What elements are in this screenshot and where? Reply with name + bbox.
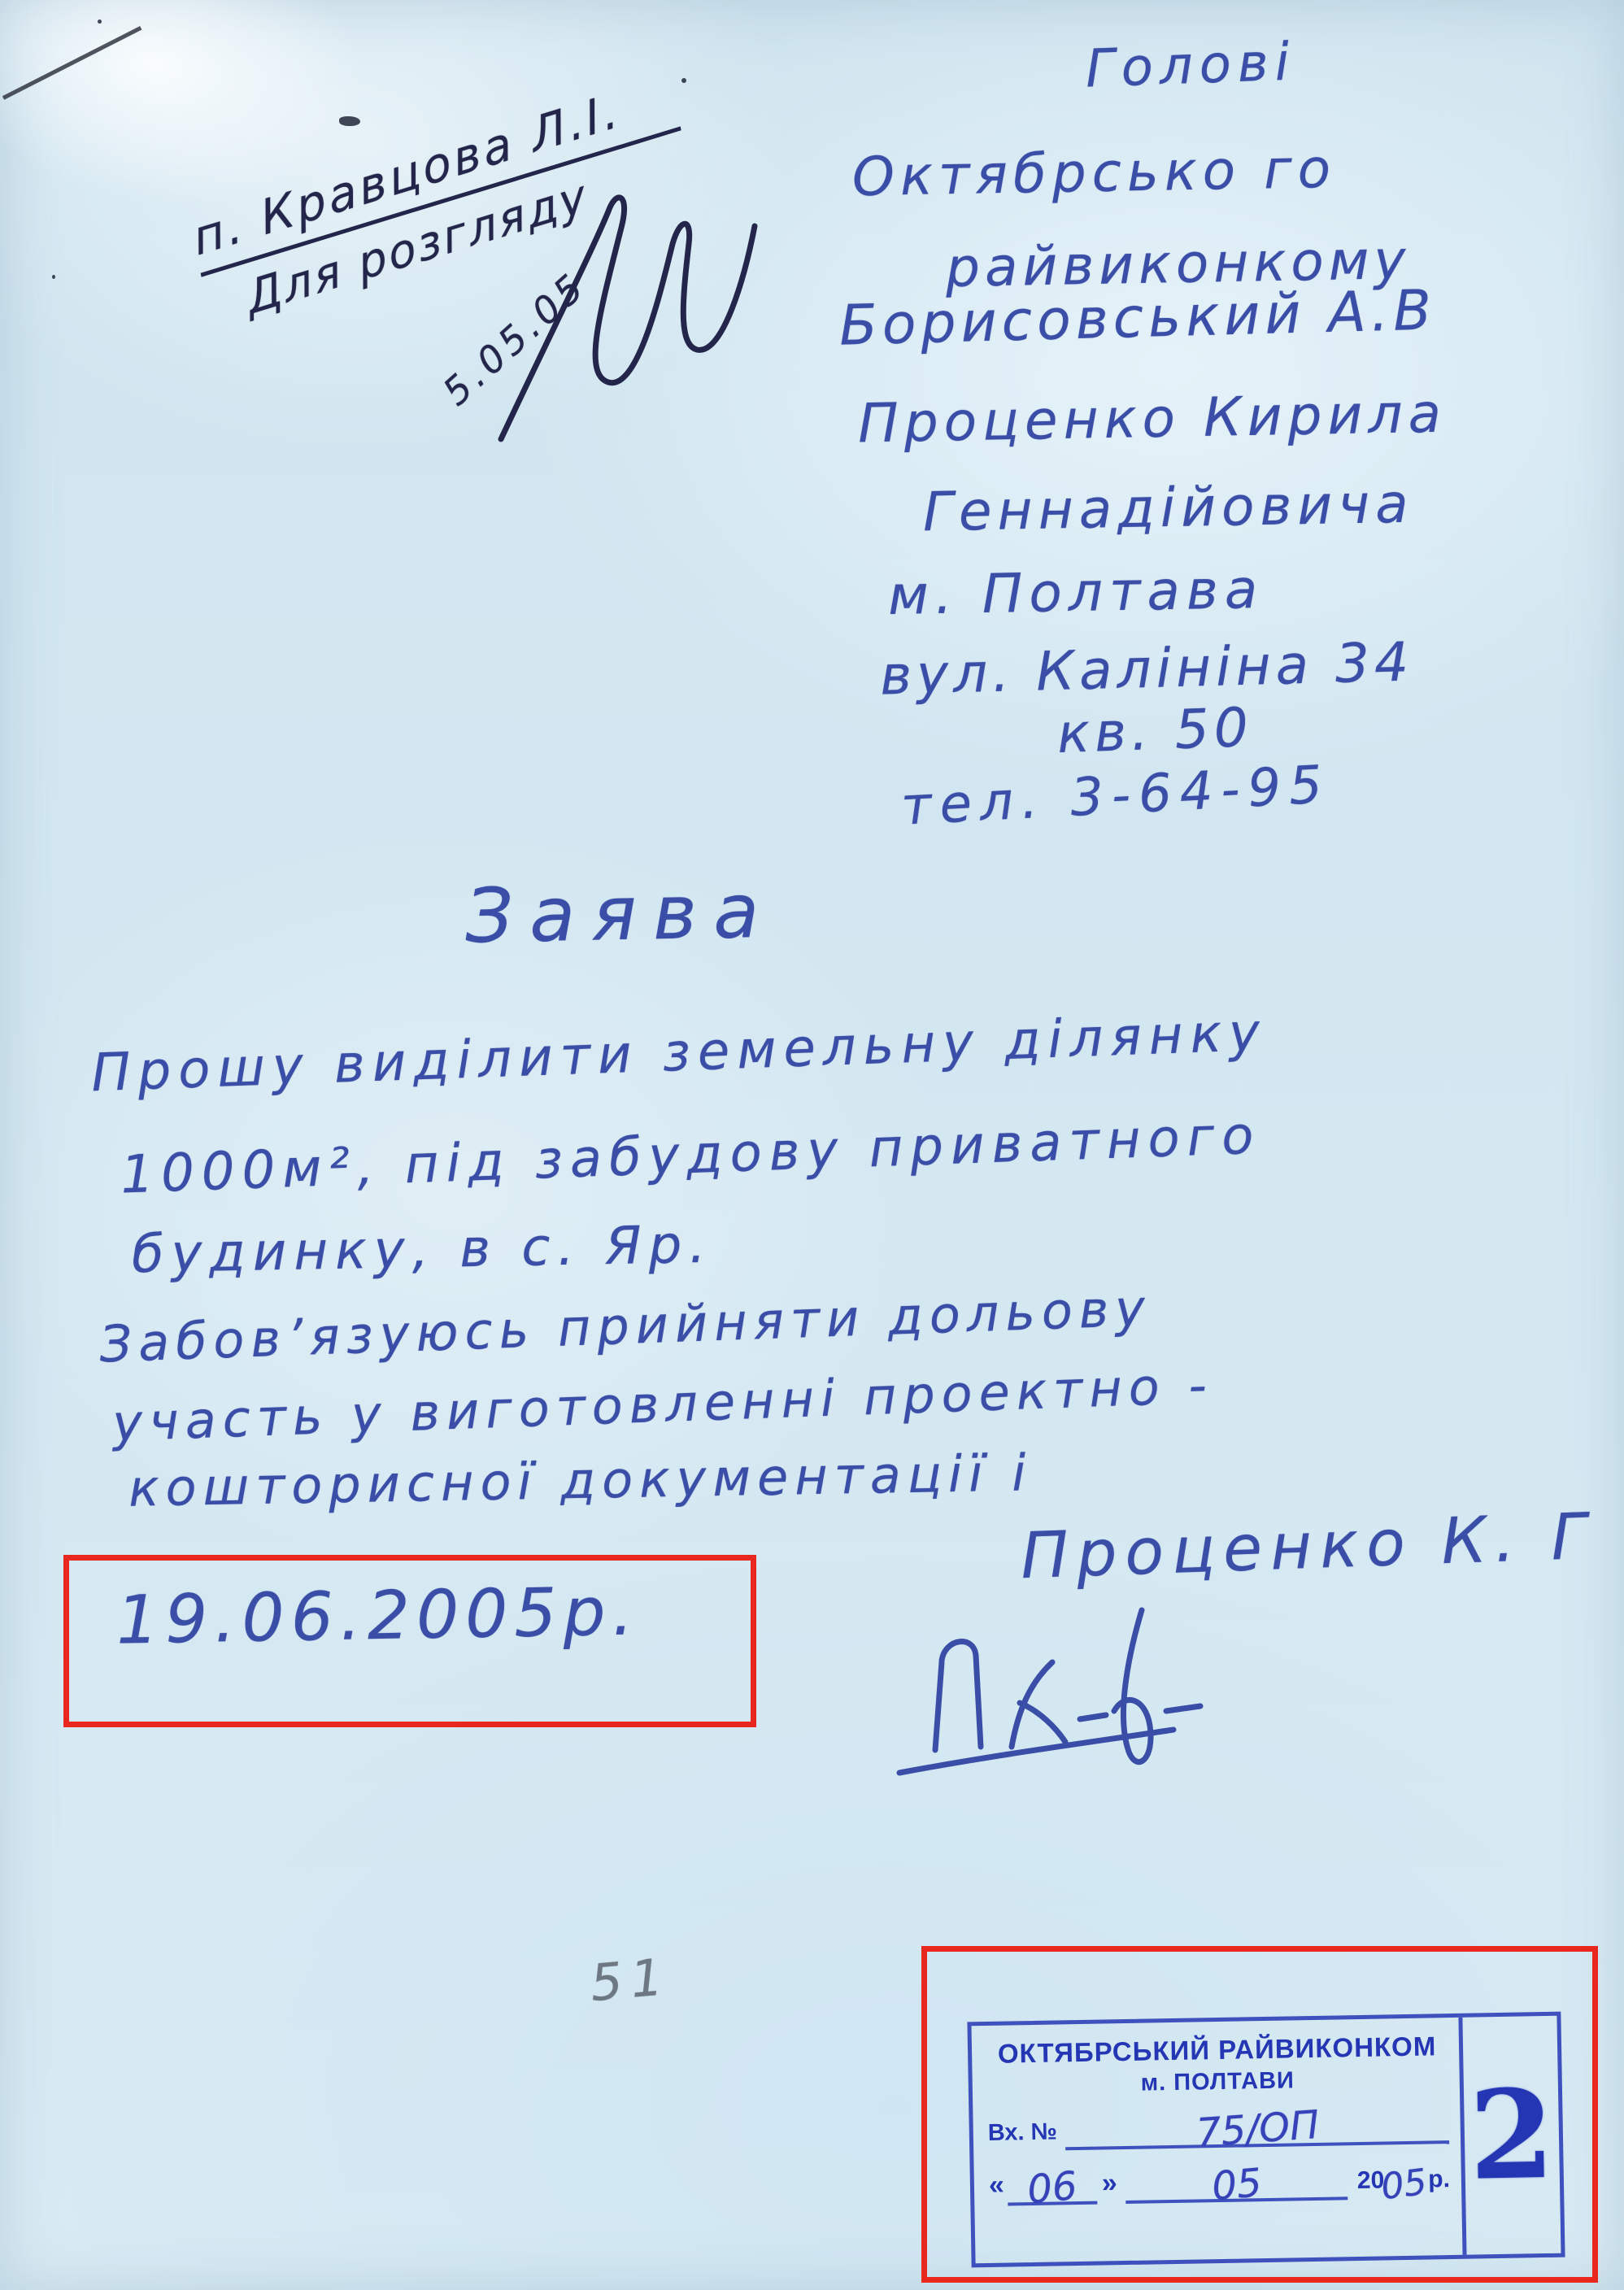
header-line-chairman-name: Борисовський А.В [838, 281, 1437, 355]
header-line-street: вул. Калініна 34 [879, 633, 1414, 703]
stamp-copy-cell: 2 [1458, 2016, 1561, 2255]
ink-speck [98, 20, 102, 24]
ink-speck [52, 275, 55, 279]
signature-name: Проценко К. Г [1020, 1504, 1596, 1591]
date-annotation-box: 19.06.2005р. [63, 1555, 756, 1727]
header-line-apartment: кв. 50 [1056, 699, 1254, 763]
stamp-month: 05 [1210, 2165, 1263, 2206]
stamp-day: 06 [1026, 2168, 1079, 2209]
stamp-incoming-label: Вх. № [988, 2118, 1058, 2151]
body-line-6: кошторисної документації і [128, 1446, 1033, 1514]
body-line-2: 1000м², під забудову приватного [120, 1109, 1261, 1204]
application-date: 19.06.2005р. [115, 1577, 640, 1656]
stamp-incoming-row: Вх. № 75/ОП [987, 2103, 1449, 2151]
stamp-main-area: ОКТЯБРСЬКИЙ РАЙВИКОНКОМ м. ПОЛТАВИ Вх. №… [972, 2018, 1463, 2263]
stamp-copy-number: 2 [1468, 2063, 1555, 2208]
header-line-phone: тел. 3-64-95 [900, 758, 1332, 835]
stamp-year-suffix: р. [1428, 2166, 1450, 2198]
stamp-month-blank: 05 [1125, 2160, 1348, 2204]
page-number: 51 [588, 1947, 673, 2013]
stamp-quote-close: » [1101, 2167, 1117, 2204]
body-line-4: Забов’язуюсь прийняти дольову [98, 1281, 1152, 1370]
stamp-day-blank: 06 [1007, 2164, 1097, 2206]
scanned-document-page: п. Кравцова Л.І. Для розгляду 5.05.05 Го… [0, 0, 1624, 2290]
header-line-city: м. Полтава [887, 561, 1264, 624]
body-line-5: участь у виготовленні проектно - [111, 1358, 1213, 1449]
stamp-date-row: « 06 » 05 20 05 р. [989, 2158, 1451, 2206]
header-line-district: Октябрсько го [851, 141, 1336, 206]
body-line-3: будинку, в с. Яр. [131, 1218, 713, 1283]
stamp-org-line2: м. ПОЛТАВИ [987, 2065, 1448, 2100]
ink-speck [339, 116, 360, 126]
stamp-year-handwritten: 05 [1379, 2166, 1429, 2205]
header-line-golovi: Голові [1085, 36, 1297, 98]
registration-stamp: ОКТЯБРСЬКИЙ РАЙВИКОНКОМ м. ПОЛТАВИ Вх. №… [967, 2012, 1565, 2268]
ink-speck [681, 78, 686, 83]
document-title: Заява [464, 873, 776, 956]
stamp-incoming-blank: 75/ОП [1065, 2103, 1449, 2150]
header-line-applicant-patronymic: Геннадійовича [922, 476, 1414, 541]
body-line-1: Прошу виділити земельну ділянку [90, 1006, 1268, 1102]
stamp-incoming-number: 75/ОП [1195, 2107, 1320, 2153]
stamp-quote-open: « [989, 2170, 1005, 2206]
header-line-applicant-name: Проценко Кирила [857, 385, 1447, 452]
signature-flourish [893, 1587, 1332, 1783]
stamp-annotation-box: ОКТЯБРСЬКИЙ РАЙВИКОНКОМ м. ПОЛТАВИ Вх. №… [921, 1946, 1598, 2283]
stamp-org-line1: ОКТЯБРСЬКИЙ РАЙВИКОНКОМ [986, 2031, 1448, 2070]
